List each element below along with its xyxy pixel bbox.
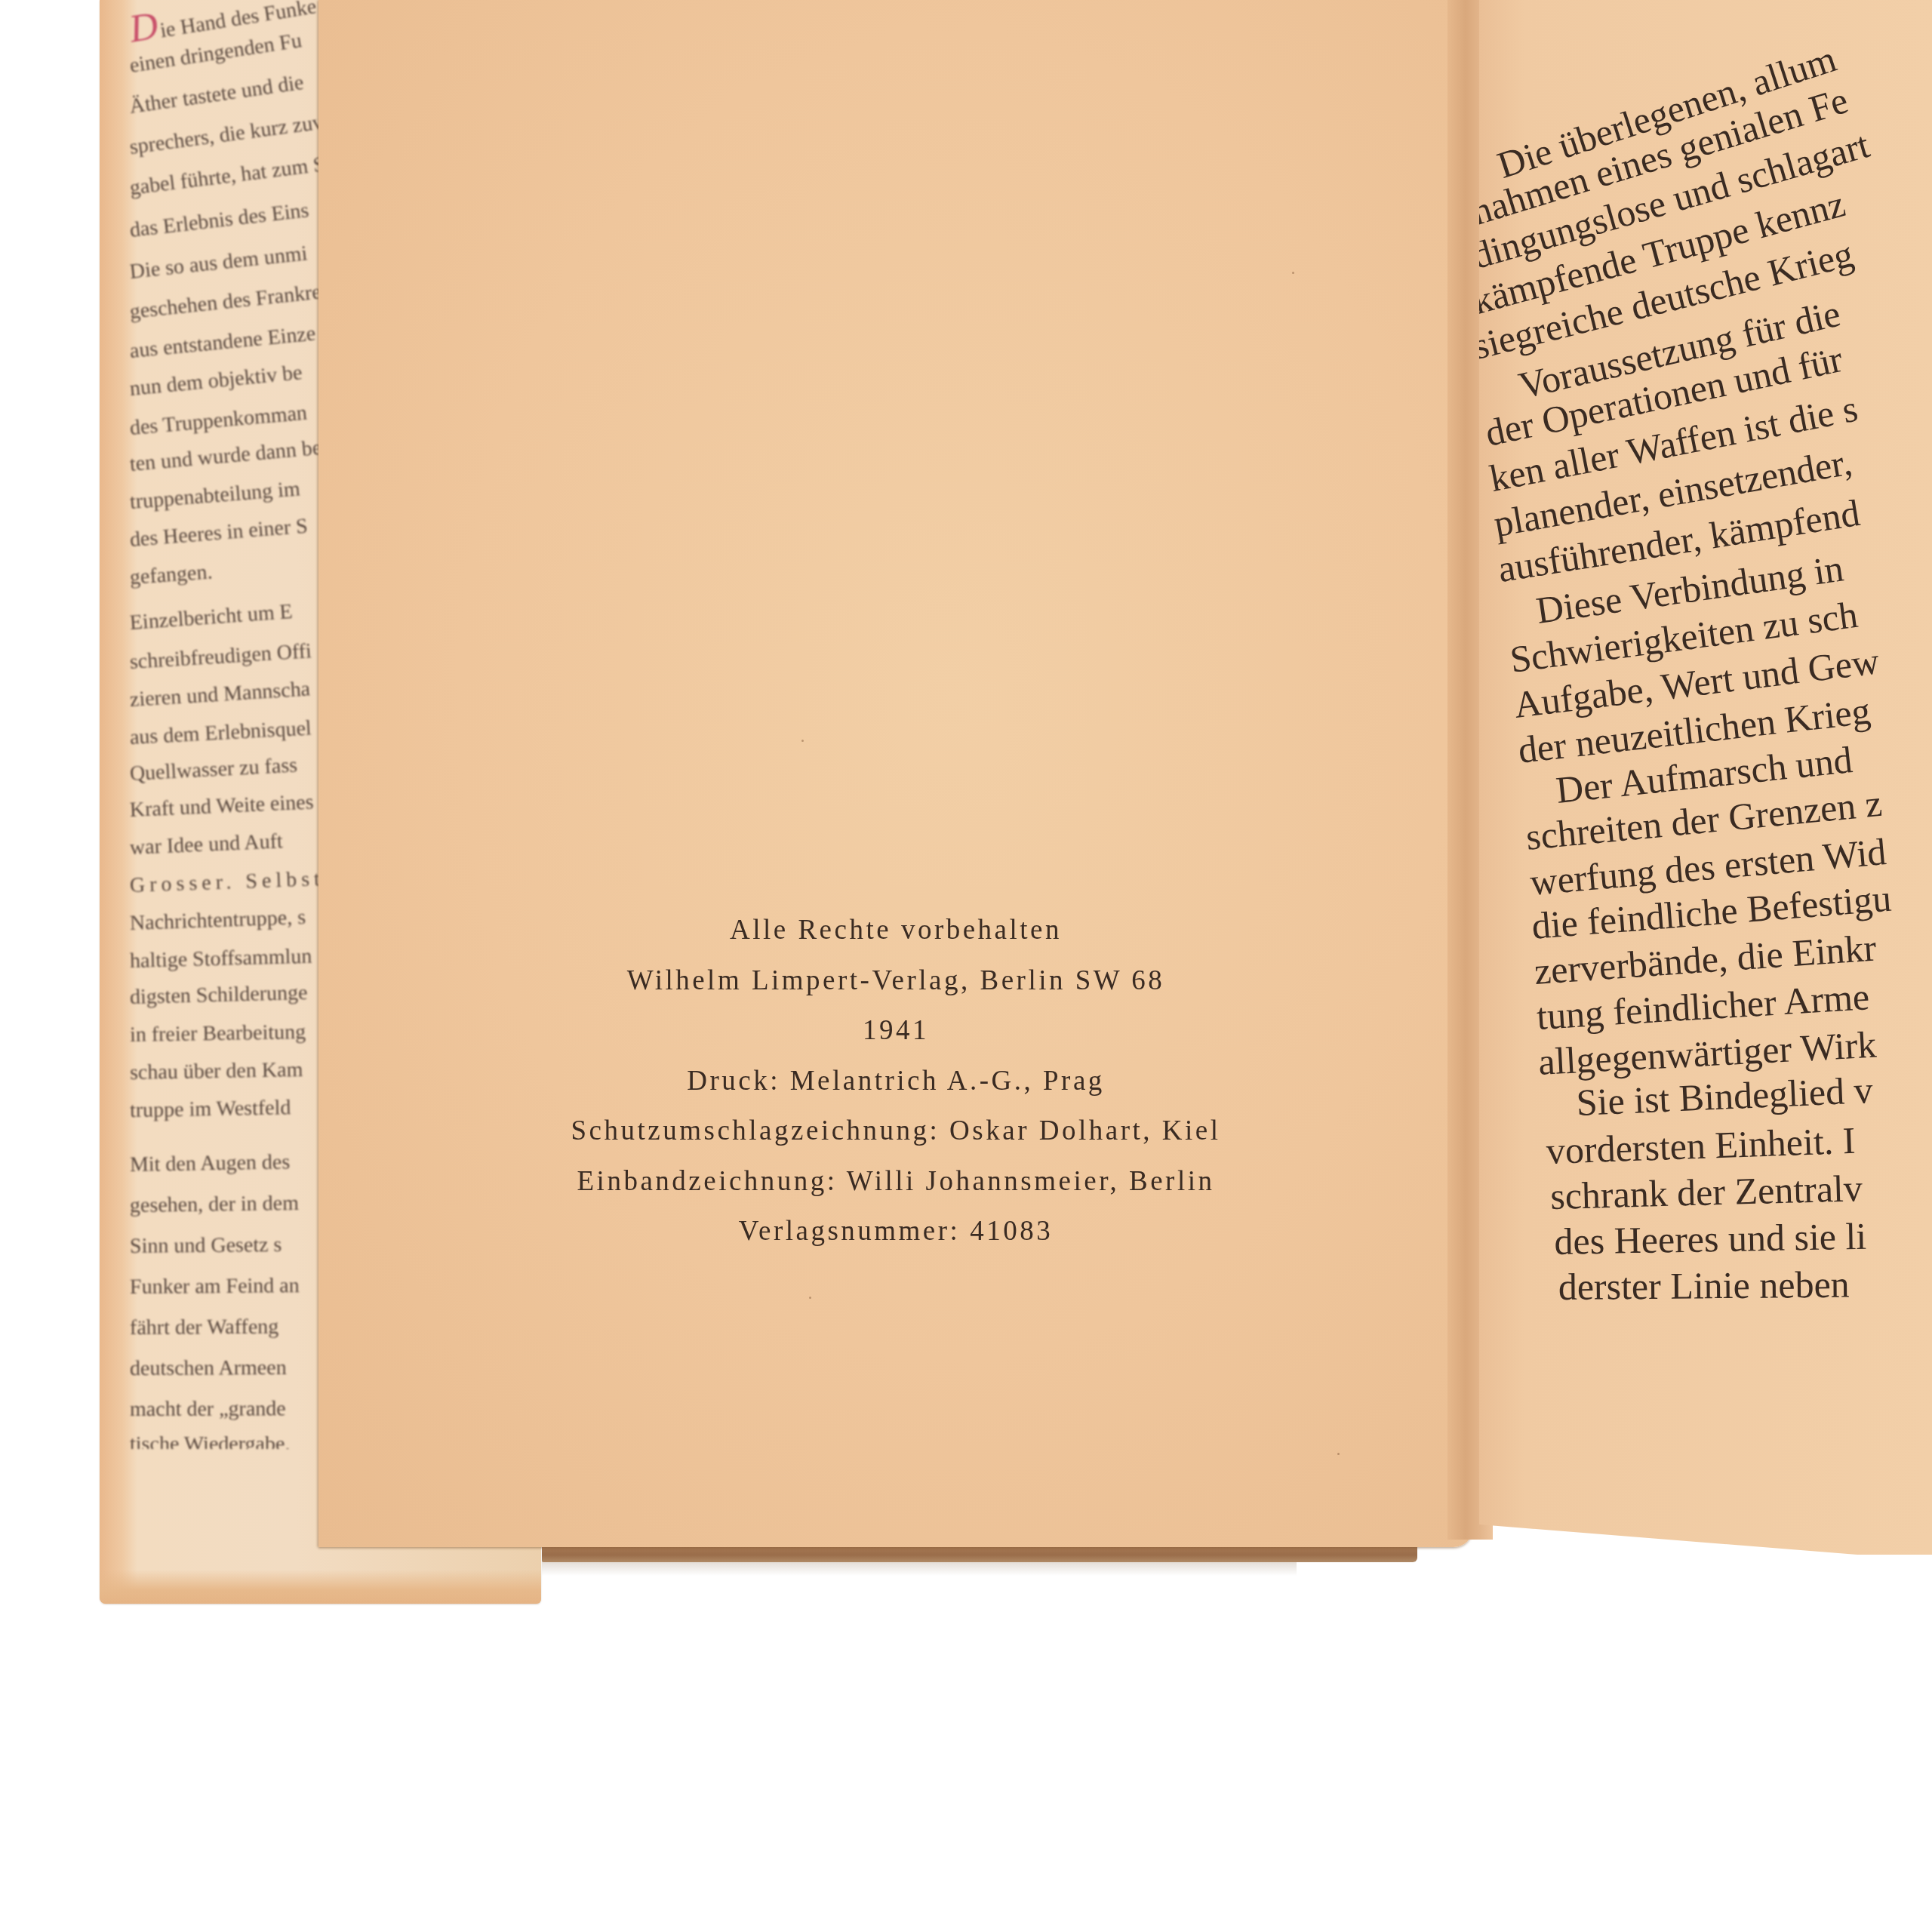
flap-line: Mit den Augen des: [130, 1150, 291, 1177]
flap-line: Einzelbericht um E: [130, 600, 294, 635]
flap-line: Die so aus dem unmi: [130, 241, 309, 285]
publisher-line: Wilhelm Limpert-Verlag, Berlin SW 68: [318, 956, 1473, 1007]
imprint-page: Alle Rechte vorbehalten Wilhelm Limpert-…: [318, 0, 1473, 1547]
flap-line: das Erlebnis des Eins: [130, 198, 310, 243]
flap-line: schreibfreudigen Offi: [130, 639, 312, 675]
flap-line: Sinn und Gesetz s: [130, 1233, 282, 1259]
flap-line: digsten Schilderunge: [130, 981, 308, 1010]
flap-line: tische Wiedergabe.: [130, 1432, 290, 1449]
right-text-block: Die überlegenen, allum nahmen eines geni…: [1479, 0, 1932, 1555]
book-photo: Die Hand des Funke einen dringenden Fu Ä…: [0, 0, 1932, 1932]
drop-cap: D: [130, 4, 162, 51]
binding-shadow: [542, 1561, 1297, 1576]
flap-line: Quellwasser zu fass: [130, 753, 298, 786]
flap-line: ten und wurde dann be: [130, 436, 322, 477]
paper-speck: [1337, 1453, 1340, 1455]
flap-line: truppe im Westfeld: [130, 1096, 291, 1123]
flap-line: in freier Bearbeitung: [130, 1020, 306, 1048]
flap-line: des Heeres in einer S: [130, 515, 309, 552]
flap-line: aus dem Erlebnisquel: [130, 716, 312, 750]
flap-line: truppenabteilung im: [130, 477, 301, 515]
flap-line: Kraft und Weite eines: [130, 790, 314, 823]
flap-line: haltige Stoffsammlun: [130, 945, 312, 974]
flap-line: schau über den Kam: [130, 1058, 303, 1085]
flap-line: geschehen des Frankre: [130, 280, 322, 324]
paper-speck: [1292, 272, 1294, 274]
text-line: des Heeres und sie li: [1554, 1214, 1867, 1263]
rights-reserved-line: Alle Rechte vorbehalten: [318, 906, 1473, 956]
flap-line: gefangen.: [130, 560, 213, 590]
printer-line: Druck: Melantrich A.-G., Prag: [318, 1057, 1473, 1107]
right-text-page: Die überlegenen, allum nahmen eines geni…: [1479, 0, 1932, 1555]
paper-speck: [801, 740, 804, 742]
publisher-number-line: Verlagsnummer: 41083: [318, 1207, 1473, 1257]
flap-line: Funker am Feind an: [130, 1274, 300, 1300]
flap-line: sprechers, die kurz zuv: [130, 110, 325, 159]
flap-line: Nachrichtentruppe, s: [130, 906, 306, 936]
imprint-block: Alle Rechte vorbehalten Wilhelm Limpert-…: [318, 906, 1473, 1257]
binding-design-line: Einbandzeichnung: Willi Johannsmeier, Be…: [318, 1157, 1473, 1207]
text-line: schrank der Zentralv: [1549, 1166, 1863, 1218]
paper-speck: [809, 1297, 811, 1299]
flap-line: Äther tastete und die: [130, 71, 305, 119]
flap-line: aus entstandene Einze: [130, 321, 317, 364]
text-line: derster Linie neben: [1558, 1263, 1849, 1309]
flap-line: des Truppenkomman: [130, 401, 308, 441]
flap-line: macht der „grande: [130, 1397, 286, 1422]
flap-line: gabel führte, hat zum S: [130, 152, 326, 201]
flap-line: zieren und Mannscha: [130, 677, 311, 712]
flap-line: nun dem objektiv be: [130, 361, 303, 401]
jacket-design-line: Schutzumschlagzeichnung: Oskar Dolhart, …: [318, 1106, 1473, 1157]
flap-line: war Idee und Auft: [130, 829, 283, 860]
flap-line: gesehen, der in dem: [130, 1192, 299, 1218]
flap-line: deutschen Armeen: [130, 1356, 287, 1381]
flap-line: fährt der Waffeng: [130, 1315, 278, 1340]
year-line: 1941: [318, 1006, 1473, 1057]
text-line: vordersten Einheit. I: [1546, 1118, 1856, 1173]
